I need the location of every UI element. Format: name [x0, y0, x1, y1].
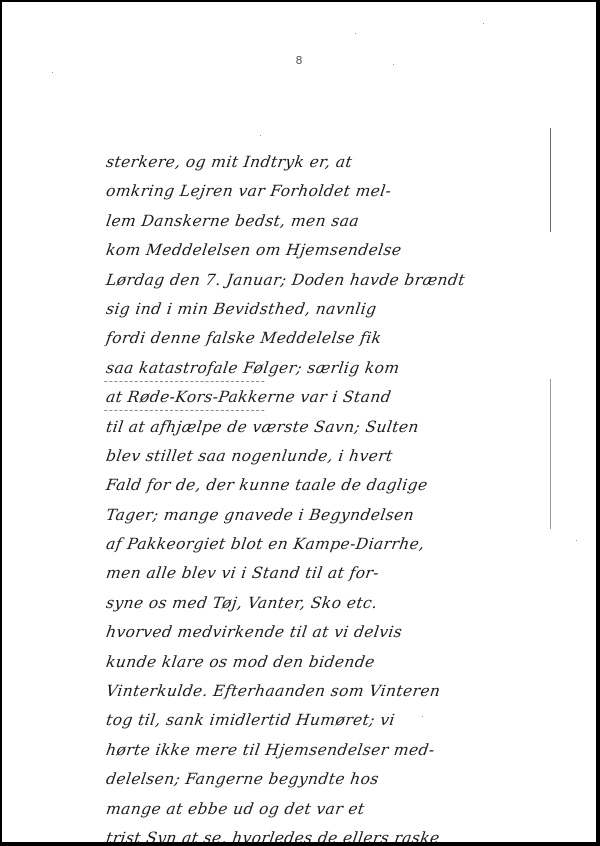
text-line: fordi denne falske Meddelelse fik [104, 324, 568, 353]
text-line: blev stillet saa nogenlunde, i hvert [104, 442, 568, 471]
scan-speck [52, 72, 53, 73]
text-line: til at afhjælpe de værste Savn; Sulten [104, 413, 568, 442]
scan-speck [422, 716, 423, 717]
handwritten-text-block: sterkere, og mit Indtryk er, at omkring … [104, 148, 564, 842]
text-line: saa katastrofale Følger; særlig kom [104, 354, 568, 383]
text-line: af Pakkeorgiet blot en Kampe-Diarrhe, [104, 530, 568, 559]
text-line: men alle blev vi i Stand til at for- [104, 559, 568, 588]
text-line: sig ind i min Bevidsthed, navnlig [104, 295, 568, 324]
text-line: lem Danskerne bedst, men saa [104, 207, 568, 236]
text-line: Fald for de, der kunne taale de daglige [104, 471, 568, 500]
scan-speck [576, 540, 577, 541]
text-line: sterkere, og mit Indtryk er, at [104, 148, 568, 177]
document-page: 8 sterkere, og mit Indtryk er, at omkrin… [2, 2, 596, 842]
text-line: Lørdag den 7. Januar; Doden havde brændt [104, 266, 568, 295]
text-line: delelsen; Fangerne begyndte hos [104, 765, 568, 794]
text-line: trist Syn at se, hvorledes de ellers ras… [104, 824, 568, 842]
text-line: omkring Lejren var Forholdet mel- [104, 177, 568, 206]
text-line: kom Meddelelsen om Hjemsendelse [104, 236, 568, 265]
text-line: Vinterkulde. Efterhaanden som Vinteren [104, 677, 568, 706]
text-line: tog til, sank imidlertid Humøret; vi [104, 706, 568, 735]
page-number: 8 [2, 54, 596, 67]
text-line: at Røde-Kors-Pakkerne var i Stand [104, 383, 568, 412]
scan-speck [393, 64, 394, 65]
text-line: mange at ebbe ud og det var et [104, 795, 568, 824]
text-line: syne os med Tøj, Vanter, Sko etc. [104, 589, 568, 618]
text-line: hvorved medvirkende til at vi delvis [104, 618, 568, 647]
text-line: hørte ikke mere til Hjemsendelser med- [104, 736, 568, 765]
scan-speck [260, 135, 261, 136]
scan-speck [355, 33, 356, 34]
text-line: kunde klare os mod den bidende [104, 648, 568, 677]
scan-speck [483, 23, 484, 24]
text-line: Tager; mange gnavede i Begyndelsen [104, 501, 568, 530]
